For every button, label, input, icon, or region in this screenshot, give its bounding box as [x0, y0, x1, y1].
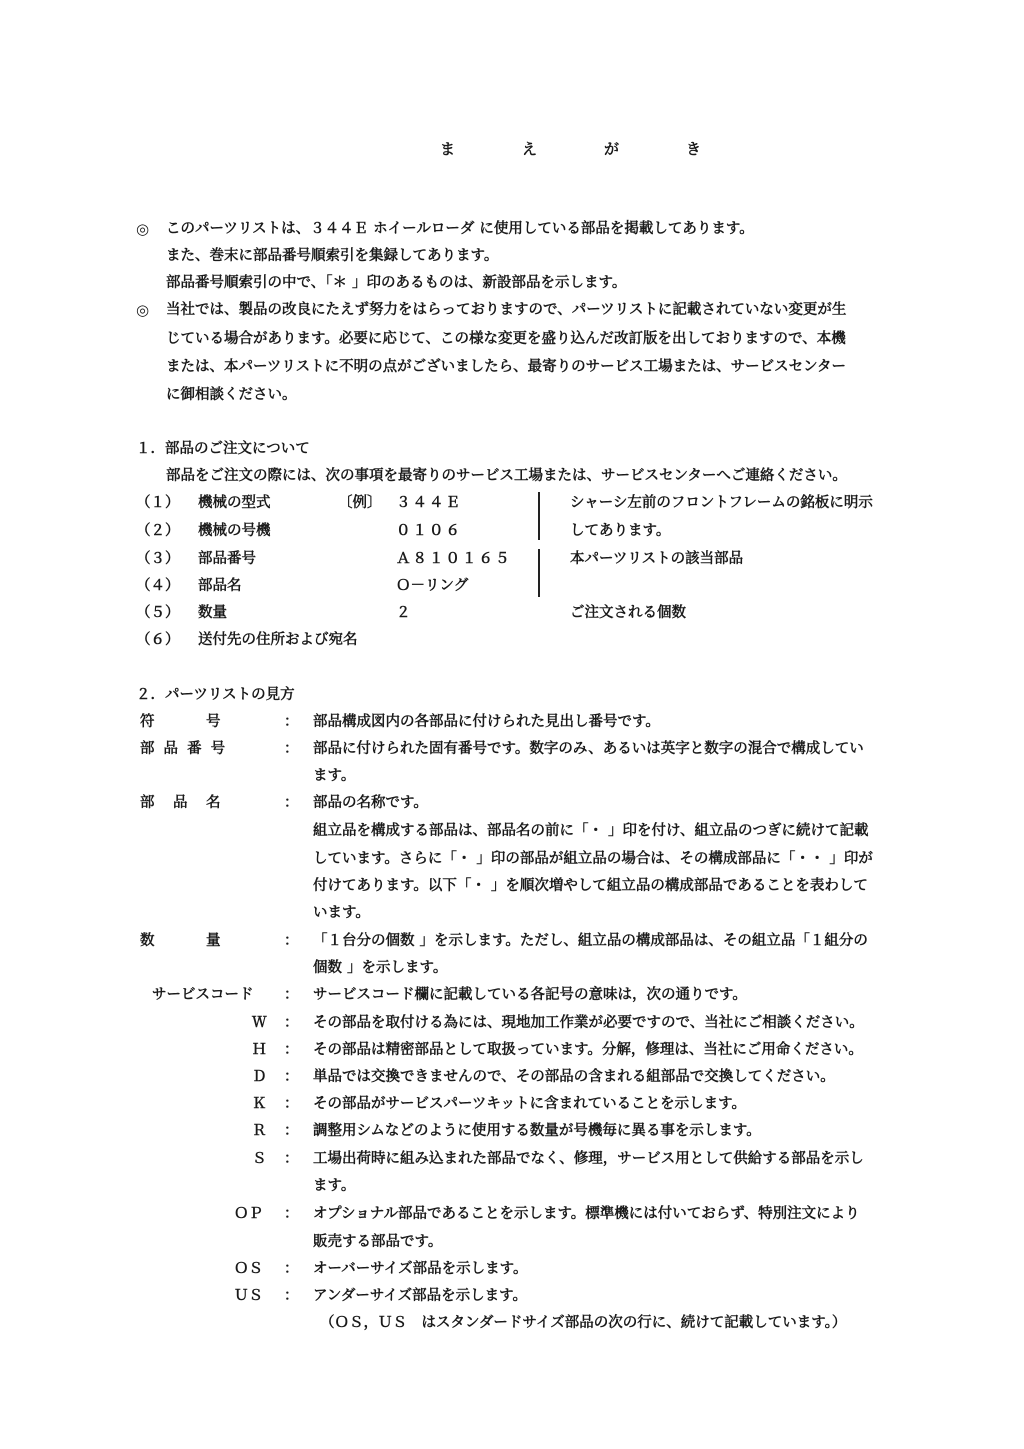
- intro-line: このパーツリストは、３４４Ｅ ホイールローダ に使用している部品を掲載してありま…: [166, 216, 754, 243]
- item-label: 機械の号機: [198, 518, 271, 545]
- section2-heading: ２．パーツリストの見方: [136, 682, 295, 709]
- colon: ：: [284, 928, 299, 955]
- section1-intro: 部品をご注文の際には、次の事項を最寄りのサービス工場または、サービスセンターへご…: [166, 463, 847, 490]
- item-note: 本パーツリストの該当部品: [570, 546, 743, 573]
- colon: ：: [284, 1256, 299, 1283]
- entry-text: しています。さらに「・ 」印の部品が組立品の場合は、その構成部品に「・・ 」印が: [313, 846, 873, 873]
- colon: ：: [284, 1201, 299, 1228]
- entry-label: 符 号: [140, 709, 268, 736]
- colon: ：: [284, 1091, 299, 1118]
- bracket-divider: [538, 492, 540, 540]
- code-label: ＯＰ: [234, 1201, 263, 1228]
- example-prefix: 〔例〕: [338, 490, 382, 517]
- code-label: ＯＳ: [234, 1256, 263, 1283]
- item-num: （６）: [136, 627, 180, 654]
- item-label: 数量: [198, 600, 227, 627]
- code-text: 工場出荷時に組み込まれた部品でなく、修理，サービス用として供給する部品を示し: [313, 1146, 864, 1173]
- code-text: 販売する部品です。: [313, 1229, 442, 1256]
- entry-text: ます。: [313, 763, 355, 790]
- item-value: Ａ８１０１６５: [396, 546, 512, 573]
- page-title: ま え が き: [440, 138, 727, 159]
- item-label: 部品番号: [198, 546, 256, 573]
- intro-line: 当社では、製品の改良にたえず努力をはらっておりますので、パーツリストに記載されて…: [166, 297, 846, 324]
- code-text: アンダーサイズ部品を示します。: [313, 1283, 527, 1310]
- intro-line: に御相談ください。: [166, 382, 297, 409]
- colon: ：: [284, 982, 299, 1009]
- item-value: Ｏ－リング: [396, 573, 468, 600]
- code-text: 単品では交換できませんので、その部品の含まれる組部品で交換してください。: [313, 1064, 835, 1091]
- intro-line: じている場合があります。必要に応じて、この様な変更を盛り込んだ改訂版を出しており…: [166, 326, 846, 353]
- bullet-mark: ◎: [136, 301, 149, 319]
- item-label: 機械の型式: [198, 490, 271, 517]
- item-num: （３）: [136, 546, 180, 573]
- intro-line: または、本パーツリストに不明の点がございましたら、最寄りのサービス工場または、サ…: [166, 354, 846, 381]
- bracket-divider: [538, 549, 540, 597]
- item-num: （５）: [136, 600, 180, 627]
- colon: ：: [284, 790, 299, 817]
- colon: ：: [284, 1010, 299, 1037]
- colon: ：: [284, 1283, 299, 1310]
- code-label: Ｒ: [252, 1118, 267, 1145]
- entry-label: 部 品 番 号: [140, 736, 227, 763]
- colon: ：: [284, 1118, 299, 1145]
- entry-text: サービスコード欄に記載している各記号の意味は，次の通りです。: [313, 982, 747, 1009]
- item-label: 部品名: [198, 573, 242, 600]
- intro-line: また、巻末に部品番号順索引を集録してあります。: [166, 243, 498, 270]
- code-text: ます。: [313, 1173, 355, 1200]
- entry-text: 「１台分の個数 」を示します。ただし、組立品の構成部品は、その組立品「１組分の: [313, 928, 868, 955]
- item-num: （２）: [136, 518, 180, 545]
- code-text: その部品を取付ける為には、現地加工作業が必要ですので、当社にご相談ください。: [313, 1010, 864, 1037]
- entry-text: 部品構成図内の各部品に付けられた見出し番号です。: [313, 709, 660, 736]
- colon: ：: [284, 1146, 299, 1173]
- item-value: ２: [396, 600, 411, 627]
- item-num: （１）: [136, 490, 180, 517]
- code-text: オプショナル部品であることを示します。標準機には付いておらず、特別注文により: [313, 1201, 860, 1228]
- entry-text: 部品に付けられた固有番号です。数字のみ、あるいは英字と数字の混合で構成してい: [313, 736, 864, 763]
- item-value: ０１０６: [396, 518, 462, 545]
- code-label: Ｗ: [252, 1010, 267, 1037]
- code-text: その部品がサービスパーツキットに含まれていることを示します。: [313, 1091, 746, 1118]
- entry-text: 部品の名称です。: [313, 790, 428, 817]
- code-label: Ｓ: [252, 1146, 267, 1173]
- entry-text: 組立品を構成する部品は、部品名の前に「・ 」印を付け、組立品のつぎに続けて記載: [313, 818, 868, 845]
- colon: ：: [284, 736, 299, 763]
- entry-text: 付けてあります。以下「・ 」を順次増やして組立品の構成部品であることを表わして: [313, 873, 868, 900]
- colon: ：: [284, 1037, 299, 1064]
- intro-line: 部品番号順索引の中で、「＊ 」印のあるものは、新設部品を示します。: [166, 270, 626, 297]
- item-note: ご注文される個数: [570, 600, 686, 627]
- code-label: Ｈ: [252, 1037, 267, 1064]
- code-text: オーバーサイズ部品を示します。: [313, 1256, 527, 1283]
- code-text: （ＯＳ，ＵＳ はスタンダードサイズ部品の次の行に、続けて記載しています。）: [320, 1310, 846, 1337]
- section1-heading: １．部品のご注文について: [136, 436, 310, 463]
- code-text: 調整用シムなどのように使用する数量が号機毎に異る事を示します。: [313, 1118, 761, 1145]
- entry-text: 個数 」を示します。: [313, 955, 447, 982]
- code-label: Ｄ: [252, 1064, 267, 1091]
- item-label: 送付先の住所および宛名: [198, 627, 358, 654]
- bullet-mark: ◎: [136, 220, 149, 238]
- entry-label: 部 品 名: [140, 790, 223, 817]
- entry-label: 数 量: [140, 928, 223, 955]
- colon: ：: [284, 1064, 299, 1091]
- code-text: その部品は精密部品として取扱っています。分解，修理は、当社にご用命ください。: [313, 1037, 863, 1064]
- code-label: ＵＳ: [234, 1283, 263, 1310]
- item-num: （４）: [136, 573, 180, 600]
- entry-label: サービスコード: [152, 982, 254, 1009]
- code-label: Ｋ: [252, 1091, 267, 1118]
- item-value: ３４４Ｅ: [396, 490, 462, 517]
- item-note: してあります。: [570, 518, 670, 545]
- entry-text: います。: [313, 900, 370, 927]
- colon: ：: [284, 709, 299, 736]
- item-note: シャーシ左前のフロントフレームの銘板に明示: [570, 490, 873, 517]
